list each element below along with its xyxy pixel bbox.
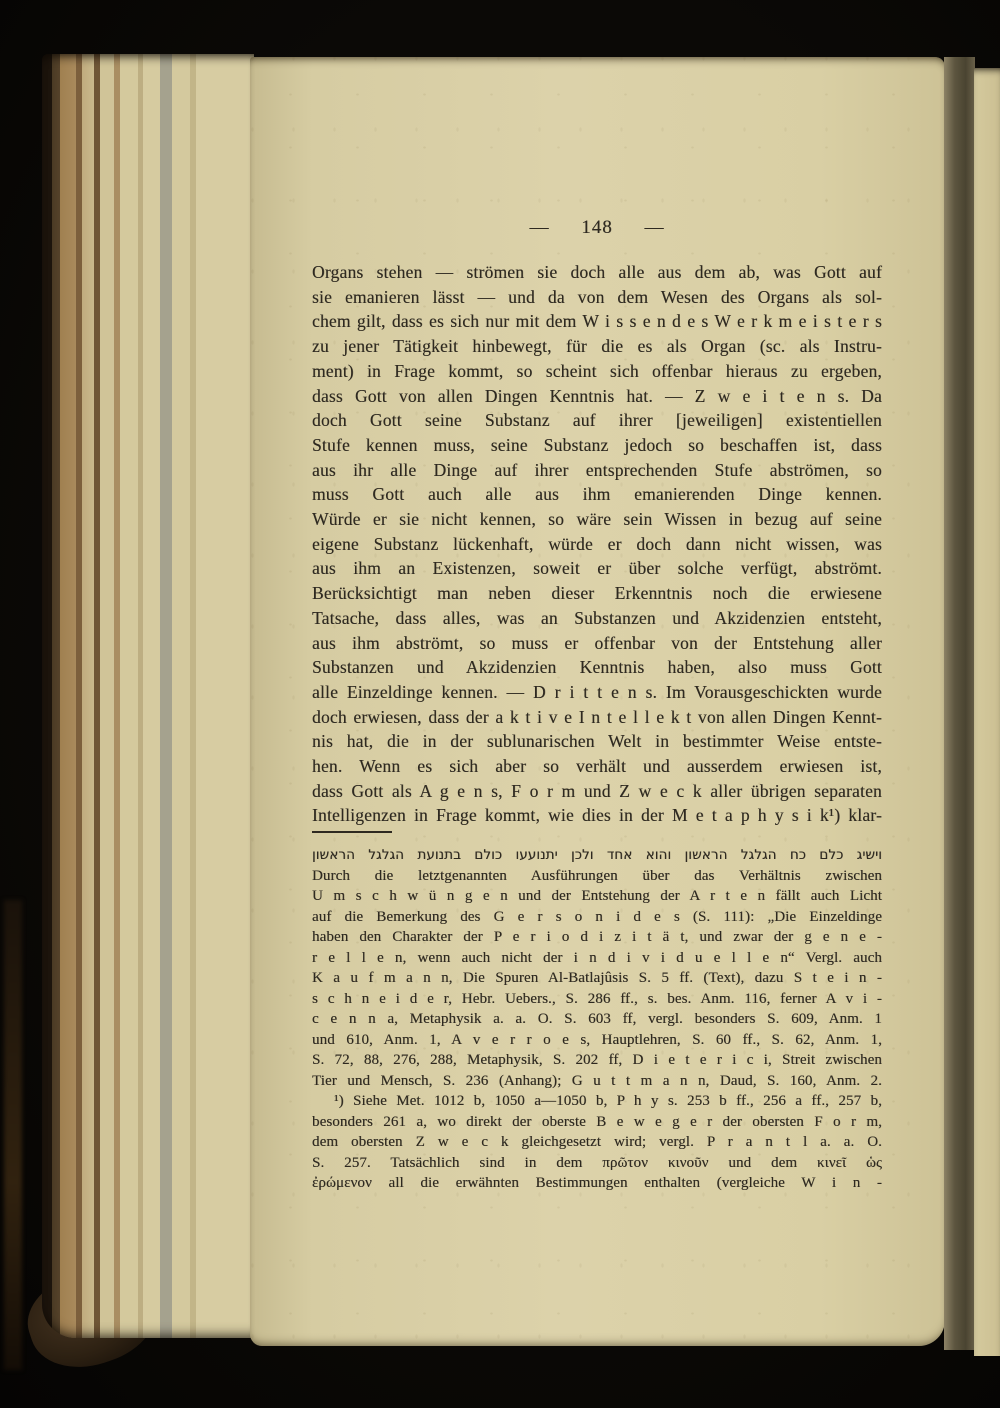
body-text-line: muss Gott auch alle aus ihm emanierenden…: [312, 482, 882, 507]
footnote-line: besonders 261 a, wo direkt der oberste B…: [312, 1112, 882, 1133]
body-text-line: doch Gott seine Substanz auf ihrer [jewe…: [312, 408, 882, 433]
footnote-line: S. 257. Tatsächlich sind in dem πρῶτον κ…: [312, 1153, 882, 1174]
footnote-line: וישיג כלם כח הגלגל הראשון והוא אחד ולכן …: [312, 845, 882, 866]
body-text-line: chem gilt, dass es sich nur mit dem W i …: [312, 309, 882, 334]
footnote-line: dem obersten Z w e c k gleichgesetzt wir…: [312, 1132, 882, 1153]
next-page-edge: [974, 68, 1000, 1356]
footnote-line: r e l l e n, wenn auch nicht der i n d i…: [312, 948, 882, 969]
footnote-line: und 610, Anm. 1, A v e r r o e s, Hauptl…: [312, 1030, 882, 1051]
footnote-line: ¹) Siehe Met. 1012 b, 1050 a—1050 b, P h…: [312, 1091, 882, 1112]
footnote-line: haben den Charakter der P e r i o d i z …: [312, 927, 882, 948]
body-text-line: eigene Substanz lückenhaft, würde er doc…: [312, 532, 882, 557]
footnote-line: ἐρώμενον all die erwähnten Bestimmungen …: [312, 1173, 882, 1194]
body-text-line: sie emanieren lässt — und da von dem Wes…: [312, 285, 882, 310]
body-text-line: alle Einzeldinge kennen. — D r i t t e n…: [312, 680, 882, 705]
footnote-line: Tier und Mensch, S. 236 (Anhang); G u t …: [312, 1071, 882, 1092]
body-text-line: Organs stehen — strömen sie doch alle au…: [312, 260, 882, 285]
footnote-area: וישיג כלם כח הגלגל הראשון והוא אחד ולכן …: [312, 845, 882, 1194]
body-text-line: Würde er sie nicht kennen, so wäre sein …: [312, 507, 882, 532]
body-text-line: aus ihr alle Dinge auf ihrer entsprechen…: [312, 458, 882, 483]
body-text-line: aus ihm abströmt, so muss er offenbar vo…: [312, 631, 882, 656]
page-edges-left: [42, 54, 254, 1338]
body-text-line: doch erwiesen, dass der a k t i v e I n …: [312, 705, 882, 730]
body-text-line: hen. Wenn es sich aber so verhält und au…: [312, 754, 882, 779]
page-number: — 148 —: [312, 217, 882, 239]
body-text-line: Tatsache, dass alles, was an Substanzen …: [312, 606, 882, 631]
footnote-block-1: ¹) Siehe Met. 1012 b, 1050 a—1050 b, P h…: [312, 1091, 882, 1194]
body-text: Organs stehen — strömen sie doch alle au…: [312, 260, 882, 828]
body-text-line: dass Gott als A g e n s, F o r m und Z w…: [312, 779, 882, 804]
footnote-block-continued: וישיג כלם כח הגלגל הראשון והוא אחד ולכן …: [312, 845, 882, 1091]
body-text-line: aus ihm an Existenzen, soweit er über so…: [312, 556, 882, 581]
body-text-line: nis hat, die in der sublunarischen Welt …: [312, 729, 882, 754]
body-text-line: Berücksichtigt man neben dieser Erkenntn…: [312, 581, 882, 606]
footnote-line: K a u f m a n n, Die Spuren Al-Batlajûsi…: [312, 968, 882, 989]
body-text-line: zu jener Tätigkeit hinbewegt, für die es…: [312, 334, 882, 359]
footnote-line: auf die Bemerkung des G e r s o n i d e …: [312, 907, 882, 928]
footnote-line: s c h n e i d e r, Hebr. Uebers., S. 286…: [312, 989, 882, 1010]
body-text-line: dass Gott von allen Dingen Kenntnis hat.…: [312, 384, 882, 409]
footnote-line: c e n n a, Metaphysik a. a. O. S. 603 ff…: [312, 1009, 882, 1030]
footnote-separator-rule: [312, 831, 392, 833]
book-gutter-shadow: [944, 57, 975, 1350]
book-page: — 148 — Organs stehen — strömen sie doch…: [250, 57, 945, 1346]
body-text-line: ment) in Frage kommt, so scheint sich of…: [312, 359, 882, 384]
footnote-line: U m s c h w ü n g e n und der Entstehung…: [312, 886, 882, 907]
footnote-line: Durch die letztgenannten Ausführungen üb…: [312, 866, 882, 887]
footnote-line: S. 72, 88, 276, 288, Metaphysik, S. 202 …: [312, 1050, 882, 1071]
body-text-line: Intelligenzen in Frage kommt, wie dies i…: [312, 803, 882, 828]
body-text-line: Stufe kennen muss, seine Substanz jedoch…: [312, 433, 882, 458]
book-scan-photo: — 148 — Organs stehen — strömen sie doch…: [0, 0, 1000, 1408]
body-text-line: Substanzen und Akzidenzien Kenntnis habe…: [312, 655, 882, 680]
book-spine-edge: [4, 900, 22, 1370]
